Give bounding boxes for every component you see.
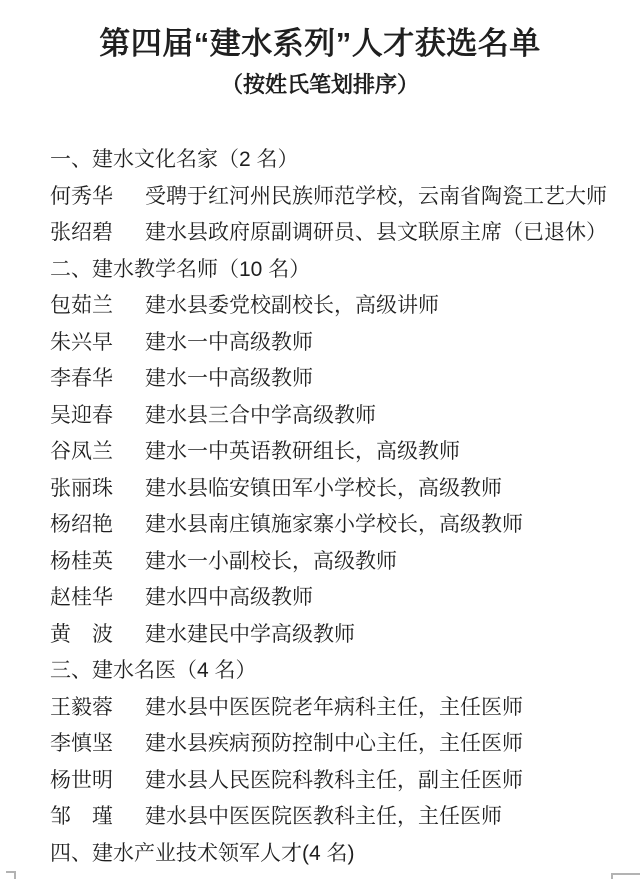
section-heading: 一、建水文化名家（2 名） (50, 142, 620, 179)
page-title: 第四届“建水系列”人才获选名单 (0, 24, 640, 64)
section-heading: 三、建水名医（4 名） (50, 653, 620, 690)
entry-row: 何秀华受聘于红河州民族师范学校，云南省陶瓷工艺大师 (50, 179, 620, 216)
entry-row: 邹 瑾建水县中医医院医教科主任，主任医师 (50, 799, 620, 836)
entry-name: 吴迎春 (50, 398, 145, 435)
entry-row: 赵桂华建水四中高级教师 (50, 580, 620, 617)
entry-name: 李春华 (50, 361, 145, 398)
entry-description: 建水一小副校长，高级教师 (145, 544, 620, 581)
entry-row: 李春华建水一中高级教师 (50, 361, 620, 398)
entry-name: 张丽珠 (50, 471, 145, 508)
entry-row: 张绍碧建水县政府原副调研员、县文联原主席（已退休） (50, 215, 620, 252)
entry-description: 建水县中医医院医教科主任，主任医师 (145, 799, 620, 836)
entry-description: 建水建民中学高级教师 (145, 617, 620, 654)
entry-row: 谷凤兰建水一中英语教研组长，高级教师 (50, 434, 620, 471)
entry-name: 邹 瑾 (50, 799, 145, 836)
entry-description: 建水县南庄镇施家寨小学校长，高级教师 (145, 507, 620, 544)
entry-description: 建水县中医医院老年病科主任，主任医师 (145, 690, 620, 727)
entry-row: 朱兴早建水一中高级教师 (50, 325, 620, 362)
entry-name: 王毅蓉 (50, 690, 145, 727)
entry-row: 黄 波建水建民中学高级教师 (50, 617, 620, 654)
entry-description: 建水一中高级教师 (145, 325, 620, 362)
entry-name: 杨世明 (50, 763, 145, 800)
bottom-right-corner-mark (611, 873, 640, 879)
entry-row: 张丽珠建水县临安镇田军小学校长，高级教师 (50, 471, 620, 508)
entry-name: 张绍碧 (50, 215, 145, 252)
entry-description: 建水县三合中学高级教师 (145, 398, 620, 435)
entry-row: 吴迎春建水县三合中学高级教师 (50, 398, 620, 435)
entry-description: 建水四中高级教师 (145, 580, 620, 617)
entry-name: 赵桂华 (50, 580, 145, 617)
entry-description: 建水一中英语教研组长，高级教师 (145, 434, 620, 471)
entry-description: 建水县人民医院科教科主任，副主任医师 (145, 763, 620, 800)
entry-name: 黄 波 (50, 617, 145, 654)
entry-name: 杨桂英 (50, 544, 145, 581)
entry-description: 建水县政府原副调研员、县文联原主席（已退休） (145, 215, 620, 252)
entry-name: 包茹兰 (50, 288, 145, 325)
entry-name: 朱兴早 (50, 325, 145, 362)
entry-description: 建水一中高级教师 (145, 361, 620, 398)
entry-name: 李慎坚 (50, 726, 145, 763)
entry-name: 何秀华 (50, 179, 145, 216)
entry-name: 杨绍艳 (50, 507, 145, 544)
section-heading: 二、建水教学名师（10 名） (50, 252, 620, 289)
section-heading: 四、建水产业技术领军人才(4 名) (50, 836, 620, 873)
talent-list: 一、建水文化名家（2 名）何秀华受聘于红河州民族师范学校，云南省陶瓷工艺大师张绍… (50, 142, 620, 872)
entry-description: 建水县疾病预防控制中心主任，主任医师 (145, 726, 620, 763)
entry-row: 李慎坚建水县疾病预防控制中心主任，主任医师 (50, 726, 620, 763)
entry-row: 杨世明建水县人民医院科教科主任，副主任医师 (50, 763, 620, 800)
entry-name: 谷凤兰 (50, 434, 145, 471)
entry-row: 包茹兰建水县委党校副校长，高级讲师 (50, 288, 620, 325)
entry-description: 建水县临安镇田军小学校长，高级教师 (145, 471, 620, 508)
entry-row: 杨绍艳建水县南庄镇施家寨小学校长，高级教师 (50, 507, 620, 544)
entry-row: 王毅蓉建水县中医医院老年病科主任，主任医师 (50, 690, 620, 727)
page-subtitle: （按姓氏笔划排序） (0, 70, 640, 100)
bottom-left-corner-mark (6, 871, 16, 879)
entry-description: 受聘于红河州民族师范学校，云南省陶瓷工艺大师 (145, 179, 620, 216)
entry-row: 杨桂英建水一小副校长，高级教师 (50, 544, 620, 581)
entry-description: 建水县委党校副校长，高级讲师 (145, 288, 620, 325)
